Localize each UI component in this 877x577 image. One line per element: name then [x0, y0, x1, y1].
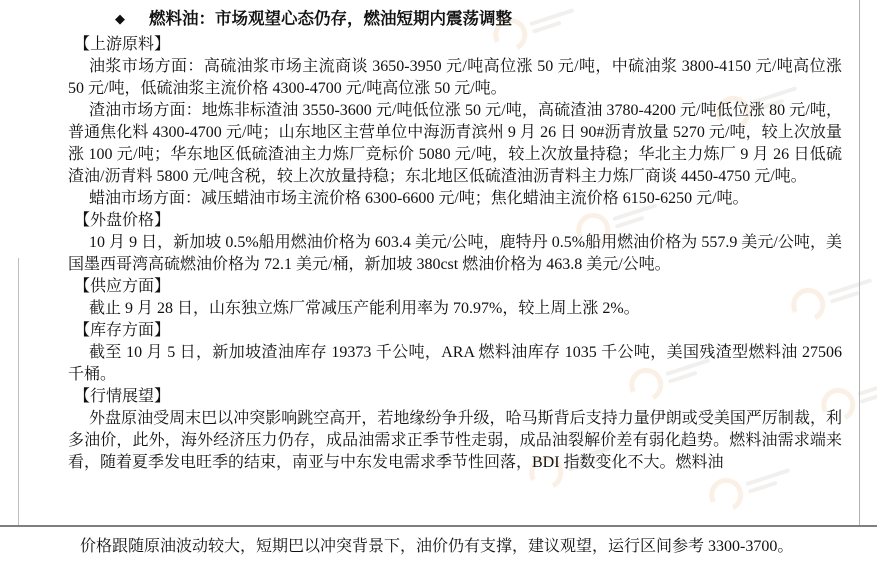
report-title: ◆燃料油：市场观望心态仍存，燃油短期内震荡调整: [68, 8, 842, 31]
paragraph-continued: 价格跟随原油波动较大，短期巴以冲突背景下，油价仍有支撑，建议观望，运行区间参考 …: [80, 536, 850, 558]
section-inventory: 【库存方面】 截至 10 月 5 日，新加坡渣油库存 19373 千公吨，ARA…: [68, 320, 842, 386]
page-break-line: [0, 525, 877, 527]
paragraph: 外盘原油受周末巴以冲突影响跳空高开，若地缘纷争升级，哈马斯背后支持力量伊朗或受美…: [68, 408, 842, 474]
report-body: ◆燃料油：市场观望心态仍存，燃油短期内震荡调整 【上游原料】 油浆市场方面：高硫…: [68, 6, 842, 474]
paragraph: 蜡油市场方面：减压蜡油市场主流价格 6300-6600 元/吨；焦化蜡油主流价格…: [68, 188, 842, 210]
paragraph: 截止 9 月 28 日，山东独立炼厂常减压产能利用率为 70.97%，较上周上涨…: [68, 298, 842, 320]
paragraph: 截至 10 月 5 日，新加坡渣油库存 19373 千公吨，ARA 燃料油库存 …: [68, 342, 842, 386]
section-supply: 【供应方面】 截止 9 月 28 日，山东独立炼厂常减压产能利用率为 70.97…: [68, 276, 842, 320]
section-upstream-materials: 【上游原料】 油浆市场方面：高硫油浆市场主流商谈 3650-3950 元/吨高位…: [68, 34, 842, 210]
watermark-text-smudge: [857, 378, 877, 404]
page-border-left: [18, 258, 19, 527]
document-page: ◆燃料油：市场观望心态仍存，燃油短期内震荡调整 【上游原料】 油浆市场方面：高硫…: [0, 0, 877, 577]
paragraph: 10 月 9 日，新加坡 0.5%船用燃油价格为 603.4 美元/公吨，鹿特丹…: [68, 232, 842, 276]
paragraph: 油浆市场方面：高硫油浆市场主流商谈 3650-3950 元/吨高位涨 50 元/…: [68, 56, 842, 100]
section-heading: 【外盘价格】: [68, 210, 842, 232]
report-title-text: 燃料油：市场观望心态仍存，燃油短期内震荡调整: [149, 9, 512, 28]
page-border-right: [859, 0, 860, 527]
section-heading: 【供应方面】: [68, 276, 842, 298]
section-heading: 【库存方面】: [68, 320, 842, 342]
section-external-prices: 【外盘价格】 10 月 9 日，新加坡 0.5%船用燃油价格为 603.4 美元…: [68, 210, 842, 276]
diamond-bullet-icon: ◆: [115, 11, 125, 26]
watermark-ring-icon: [705, 474, 747, 516]
section-market-outlook: 【行情展望】 外盘原油受周末巴以冲突影响跳空高开，若地缘纷争升级，哈马斯背后支持…: [68, 386, 842, 474]
paragraph: 渣油市场方面：地炼非标渣油 3550-3600 元/吨低位涨 50 元/吨，高硫…: [68, 100, 842, 188]
section-heading: 【行情展望】: [68, 386, 842, 408]
section-heading: 【上游原料】: [68, 34, 842, 56]
